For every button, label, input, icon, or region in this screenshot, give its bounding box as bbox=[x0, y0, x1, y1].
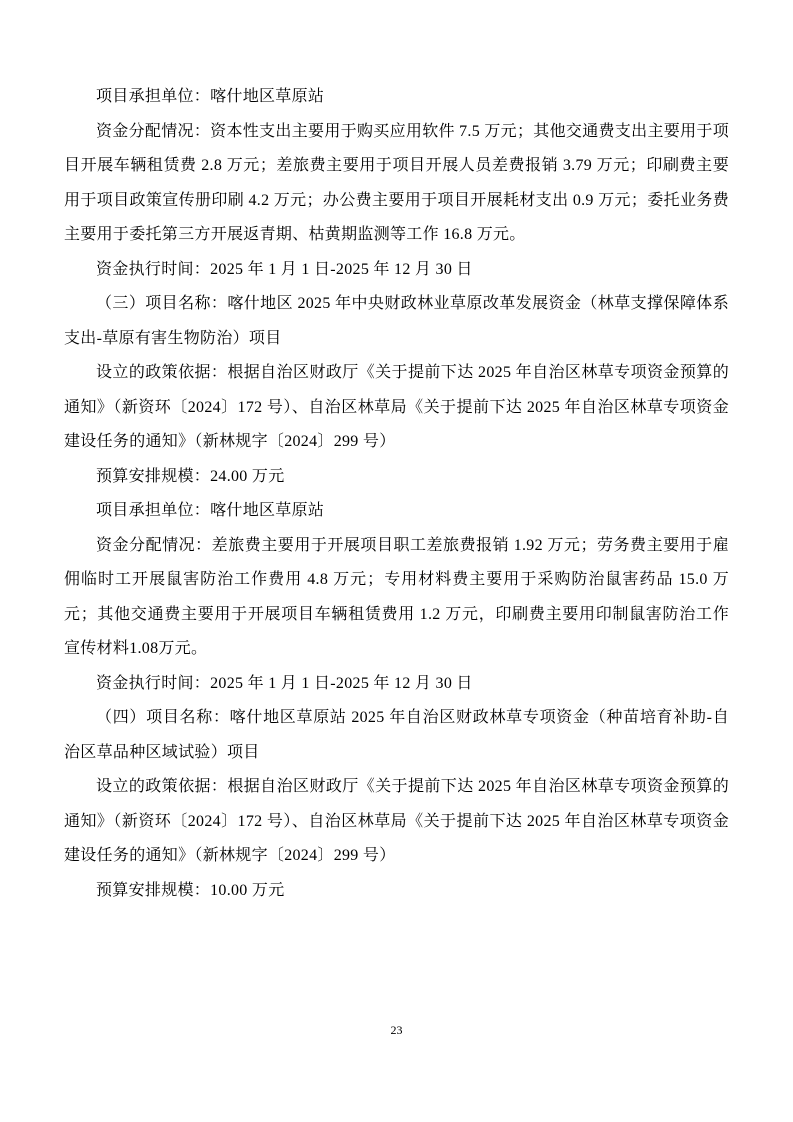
paragraph: 设立的政策依据：根据自治区财政厅《关于提前下达 2025 年自治区林草专项资金预… bbox=[64, 356, 729, 460]
paragraph: （四）项目名称：喀什地区草原站 2025 年自治区财政林草专项资金（种苗培育补助… bbox=[64, 701, 729, 770]
paragraph: 资金执行时间：2025 年 1 月 1 日-2025 年 12 月 30 日 bbox=[64, 253, 729, 288]
paragraph: 预算安排规模：24.00 万元 bbox=[64, 460, 729, 495]
paragraph: （三）项目名称：喀什地区 2025 年中央财政林业草原改革发展资金（林草支撑保障… bbox=[64, 287, 729, 356]
paragraph: 预算安排规模：10.00 万元 bbox=[64, 874, 729, 909]
paragraph: 项目承担单位：喀什地区草原站 bbox=[64, 494, 729, 529]
paragraph: 项目承担单位：喀什地区草原站 bbox=[64, 80, 729, 115]
page-number: 23 bbox=[0, 1022, 793, 1038]
paragraph: 资金分配情况：资本性支出主要用于购买应用软件 7.5 万元；其他交通费支出主要用… bbox=[64, 115, 729, 253]
paragraph: 设立的政策依据：根据自治区财政厅《关于提前下达 2025 年自治区林草专项资金预… bbox=[64, 770, 729, 874]
paragraph: 资金执行时间：2025 年 1 月 1 日-2025 年 12 月 30 日 bbox=[64, 667, 729, 702]
document-body: 项目承担单位：喀什地区草原站资金分配情况：资本性支出主要用于购买应用软件 7.5… bbox=[64, 80, 729, 908]
paragraph: 资金分配情况：差旅费主要用于开展项目职工差旅费报销 1.92 万元；劳务费主要用… bbox=[64, 529, 729, 667]
document-page: 项目承担单位：喀什地区草原站资金分配情况：资本性支出主要用于购买应用软件 7.5… bbox=[0, 0, 793, 1122]
